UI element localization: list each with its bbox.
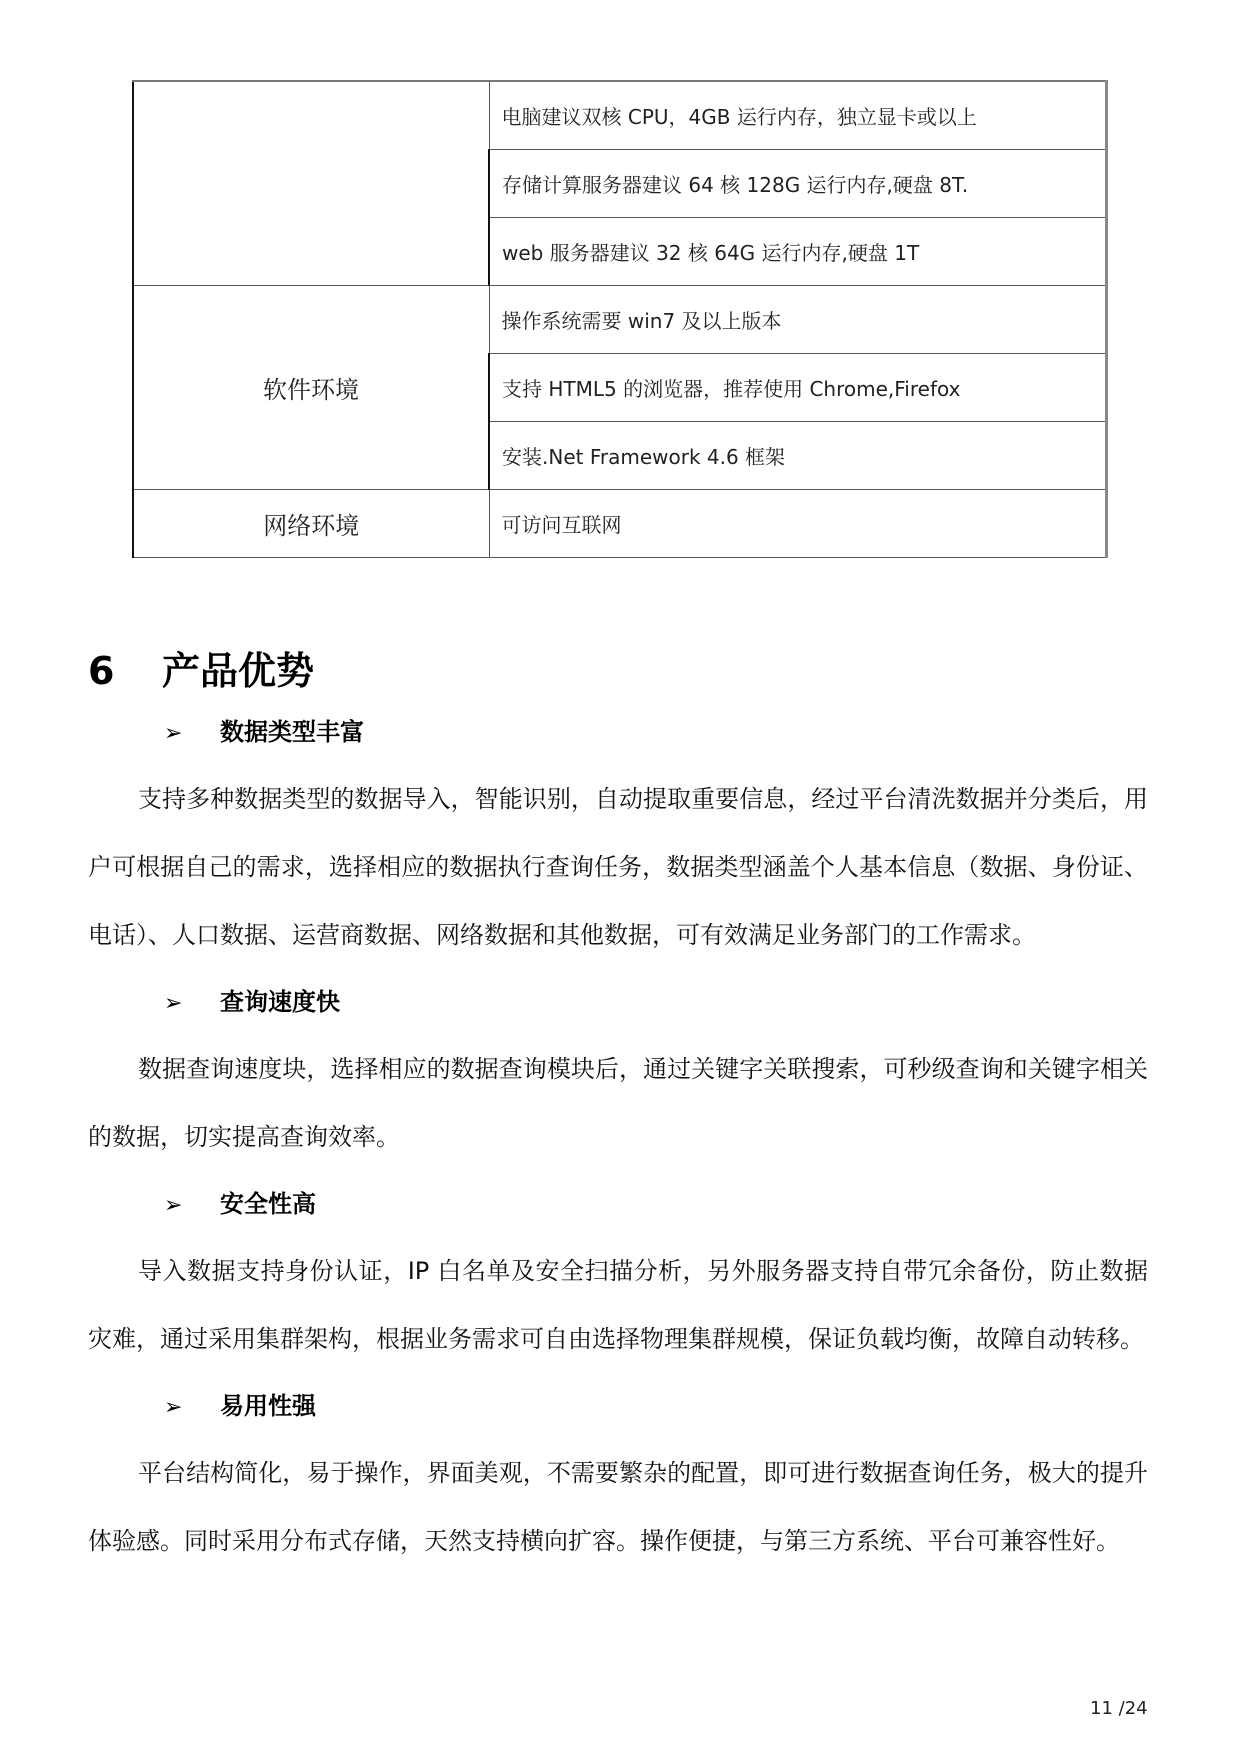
table-row: 软件环境 操作系统需要 win7 及以上版本: [133, 286, 1107, 354]
table-row: 网络环境 可访问互联网: [133, 490, 1107, 558]
value-cell: 存储计算服务器建议 64 核 128G 运行内存,硬盘 8T.: [489, 150, 1107, 218]
advantage-heading: ➢数据类型丰富: [164, 712, 364, 747]
section-number: 6: [88, 649, 162, 693]
value-cell: 操作系统需要 win7 及以上版本: [489, 286, 1107, 354]
advantage-heading: ➢查询速度快: [164, 982, 340, 1017]
value-cell: web 服务器建议 32 核 64G 运行内存,硬盘 1T: [489, 218, 1107, 286]
advantage-title: 查询速度快: [220, 988, 340, 1016]
table-row: 电脑建议双核 CPU，4GB 运行内存，独立显卡或以上: [133, 81, 1107, 150]
value-cell: 电脑建议双核 CPU，4GB 运行内存，独立显卡或以上: [489, 81, 1107, 150]
arrow-bullet-icon: ➢: [164, 1395, 220, 1420]
requirements-table: 电脑建议双核 CPU，4GB 运行内存，独立显卡或以上 存储计算服务器建议 64…: [132, 80, 1108, 558]
arrow-bullet-icon: ➢: [164, 721, 220, 746]
category-cell: [133, 81, 489, 286]
value-cell: 支持 HTML5 的浏览器，推荐使用 Chrome,Firefox: [489, 354, 1107, 422]
section-heading: 6产品优势: [88, 640, 314, 695]
advantage-title: 数据类型丰富: [220, 718, 364, 746]
section-title: 产品优势: [162, 649, 314, 693]
advantage-paragraph: 支持多种数据类型的数据导入，智能识别，自动提取重要信息，经过平台清洗数据并分类后…: [88, 765, 1148, 969]
value-cell: 可访问互联网: [489, 490, 1107, 558]
advantage-title: 易用性强: [220, 1392, 316, 1420]
page-number: 11 /24: [1090, 1698, 1148, 1719]
advantage-paragraph: 数据查询速度块，选择相应的数据查询模块后，通过关键字关联搜索，可秒级查询和关键字…: [88, 1035, 1148, 1171]
advantage-paragraph: 平台结构简化，易于操作，界面美观，不需要繁杂的配置，即可进行数据查询任务，极大的…: [88, 1439, 1148, 1575]
arrow-bullet-icon: ➢: [164, 1193, 220, 1218]
advantage-title: 安全性高: [220, 1190, 316, 1218]
arrow-bullet-icon: ➢: [164, 991, 220, 1016]
value-cell: 安装.Net Framework 4.6 框架: [489, 422, 1107, 490]
advantage-heading: ➢安全性高: [164, 1184, 316, 1219]
category-cell-software: 软件环境: [133, 286, 489, 490]
advantage-heading: ➢易用性强: [164, 1386, 316, 1421]
category-cell-network: 网络环境: [133, 490, 489, 558]
advantage-paragraph: 导入数据支持身份认证，IP 白名单及安全扫描分析，另外服务器支持自带冗余备份，防…: [88, 1237, 1148, 1373]
